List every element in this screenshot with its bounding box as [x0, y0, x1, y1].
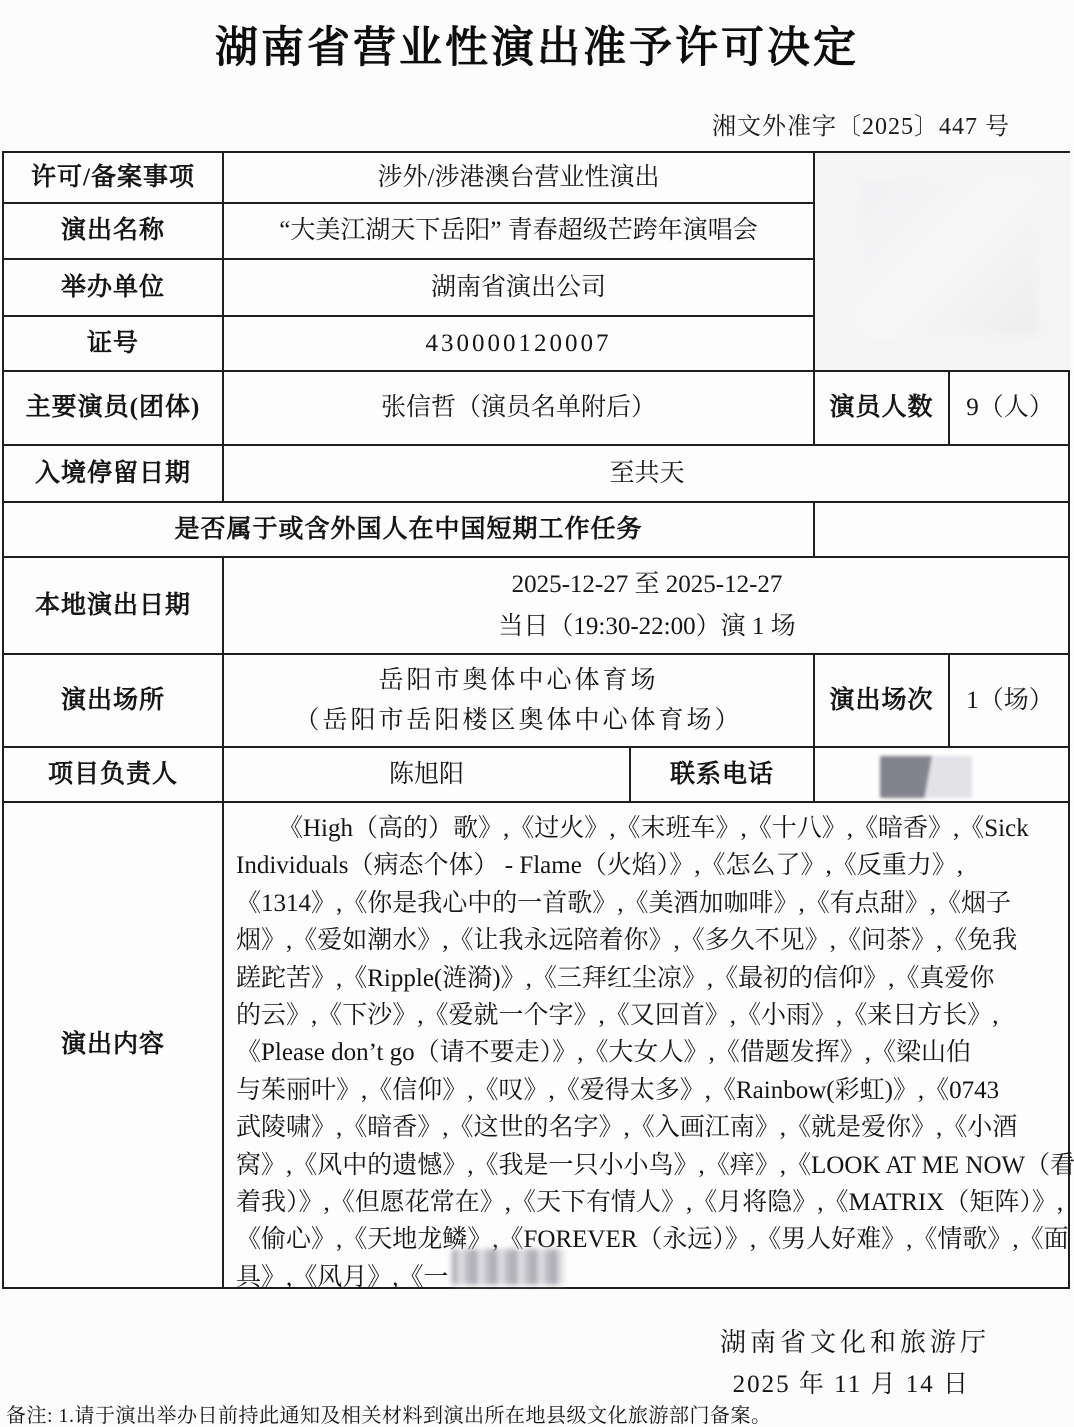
document-title: 湖南省营业性演出准予许可决定 — [0, 14, 1074, 75]
local-dates-line1: 2025-12-27 至 2025-12-27 — [512, 569, 783, 600]
venue-line2: （岳阳市岳阳楼区奥体中心体育场） — [294, 705, 742, 736]
performer-count-label: 演员人数 — [815, 372, 950, 446]
footer-note: 备注: 1.请于演出举办日前持此通知及相关材料到演出所在地县级文化旅游部门备案。 — [6, 1399, 772, 1427]
permit-item-value: 涉外/涉港澳台营业性演出 — [224, 153, 815, 204]
venue-value: 岳阳市奥体中心体育场 （岳阳市岳阳楼区奥体中心体育场） — [224, 655, 815, 748]
watermark-blur-patch — [858, 180, 1038, 335]
local-dates-label: 本地演出日期 — [4, 558, 224, 655]
phone-redaction-blur — [880, 756, 972, 798]
song-list-line: 蹉跎苦》,《Ripple(涟漪)》,《三拜红尘凉》,《最初的信仰》,《真爱你 — [236, 960, 1060, 997]
document-number: 湘文外准字〔2025〕447 号 — [712, 106, 1010, 141]
song-list-line: 烟》,《爱如潮水》,《让我永远陪着你》,《多久不见》,《问茶》,《免我 — [236, 922, 1060, 959]
song-list-line: 窝》,《风中的遗憾》,《我是一只小小鸟》,《痒》,《LOOK AT ME NOW… — [236, 1147, 1060, 1184]
song-list-line: 着我）》,《但愿花常在》,《天下有情人》,《月将隐》,《MATRIX（矩阵）》, — [236, 1184, 1060, 1221]
project-manager-label: 项目负责人 — [4, 748, 224, 803]
contact-phone-label: 联系电话 — [631, 748, 815, 803]
song-list-line: Individuals（病态个体） - Flame（火焰）》,《怎么了》,《反重… — [236, 847, 1060, 884]
main-performers-label: 主要演员(团体) — [4, 372, 224, 446]
local-dates-line2: 当日（19:30-22:00）演 1 场 — [498, 611, 795, 642]
permit-document-page: 湖南省营业性演出准予许可决定 湘文外准字〔2025〕447 号 许可/备案事项 … — [0, 0, 1074, 1427]
foreign-work-label: 是否属于或含外国人在中国短期工作任务 — [4, 503, 815, 558]
sessions-value: 1（场） — [950, 655, 1070, 748]
footer-issuer: 湖南省文化和旅游厅 — [720, 1322, 990, 1359]
entry-stay-label: 入境停留日期 — [4, 446, 224, 503]
organizer-value: 湖南省演出公司 — [224, 260, 815, 317]
song-list-line: 与茱丽叶》,《信仰》,《叹》,《爱得太多》,《Rainbow(彩虹)》,《074… — [236, 1072, 1060, 1109]
song-list-line: 《Please don’t go（请不要走）》,《大女人》,《借题发挥》,《梁山… — [236, 1034, 1060, 1071]
foreign-work-empty-cell — [815, 503, 1070, 558]
local-dates-value: 2025-12-27 至 2025-12-27 当日（19:30-22:00）演… — [224, 558, 1070, 655]
show-name-value: “大美江湖天下岳阳” 青春超级芒跨年演唱会 — [224, 204, 815, 260]
show-name-label: 演出名称 — [4, 204, 224, 260]
venue-line1: 岳阳市奥体中心体育场 — [378, 665, 658, 696]
performer-count-value: 9（人） — [950, 372, 1070, 446]
project-manager-value: 陈旭阳 — [224, 748, 631, 803]
entry-stay-value: 至共天 — [224, 446, 1070, 503]
song-list-line: 具》,《风月》,《一 — [236, 1259, 1060, 1296]
content-song-list: 《High（高的）歌》,《过火》,《末班车》,《十八》,《暗香》,《Sick I… — [224, 803, 1070, 1287]
cert-no-value: 430000120007 — [224, 317, 815, 372]
sessions-label: 演出场次 — [815, 655, 950, 748]
permit-item-label: 许可/备案事项 — [4, 153, 224, 204]
organizer-label: 举办单位 — [4, 260, 224, 317]
song-title-redaction-blur — [452, 1249, 564, 1285]
cert-no-label: 证号 — [4, 317, 224, 372]
song-list-line: 《偷心》,《天地龙鳞》,《FOREVER（永远）》,《男人好难》,《情歌》,《面 — [236, 1221, 1060, 1258]
content-label: 演出内容 — [4, 803, 224, 1287]
song-list-line: 武陵啸》,《暗香》,《这世的名字》,《入画江南》,《就是爱你》,《小酒 — [236, 1109, 1060, 1146]
song-list-line: 《High（高的）歌》,《过火》,《末班车》,《十八》,《暗香》,《Sick — [236, 810, 1060, 847]
footer-date: 2025 年 11 月 14 日 — [733, 1364, 970, 1400]
song-list-line: 《1314》,《你是我心中的一首歌》,《美酒加咖啡》,《有点甜》,《烟子 — [236, 885, 1060, 922]
song-list-line: 的云》,《下沙》,《爱就一个字》,《又回首》,《小雨》,《来日方长》, — [236, 997, 1060, 1034]
venue-label: 演出场所 — [4, 655, 224, 748]
main-performers-value: 张信哲（演员名单附后） — [224, 372, 815, 446]
